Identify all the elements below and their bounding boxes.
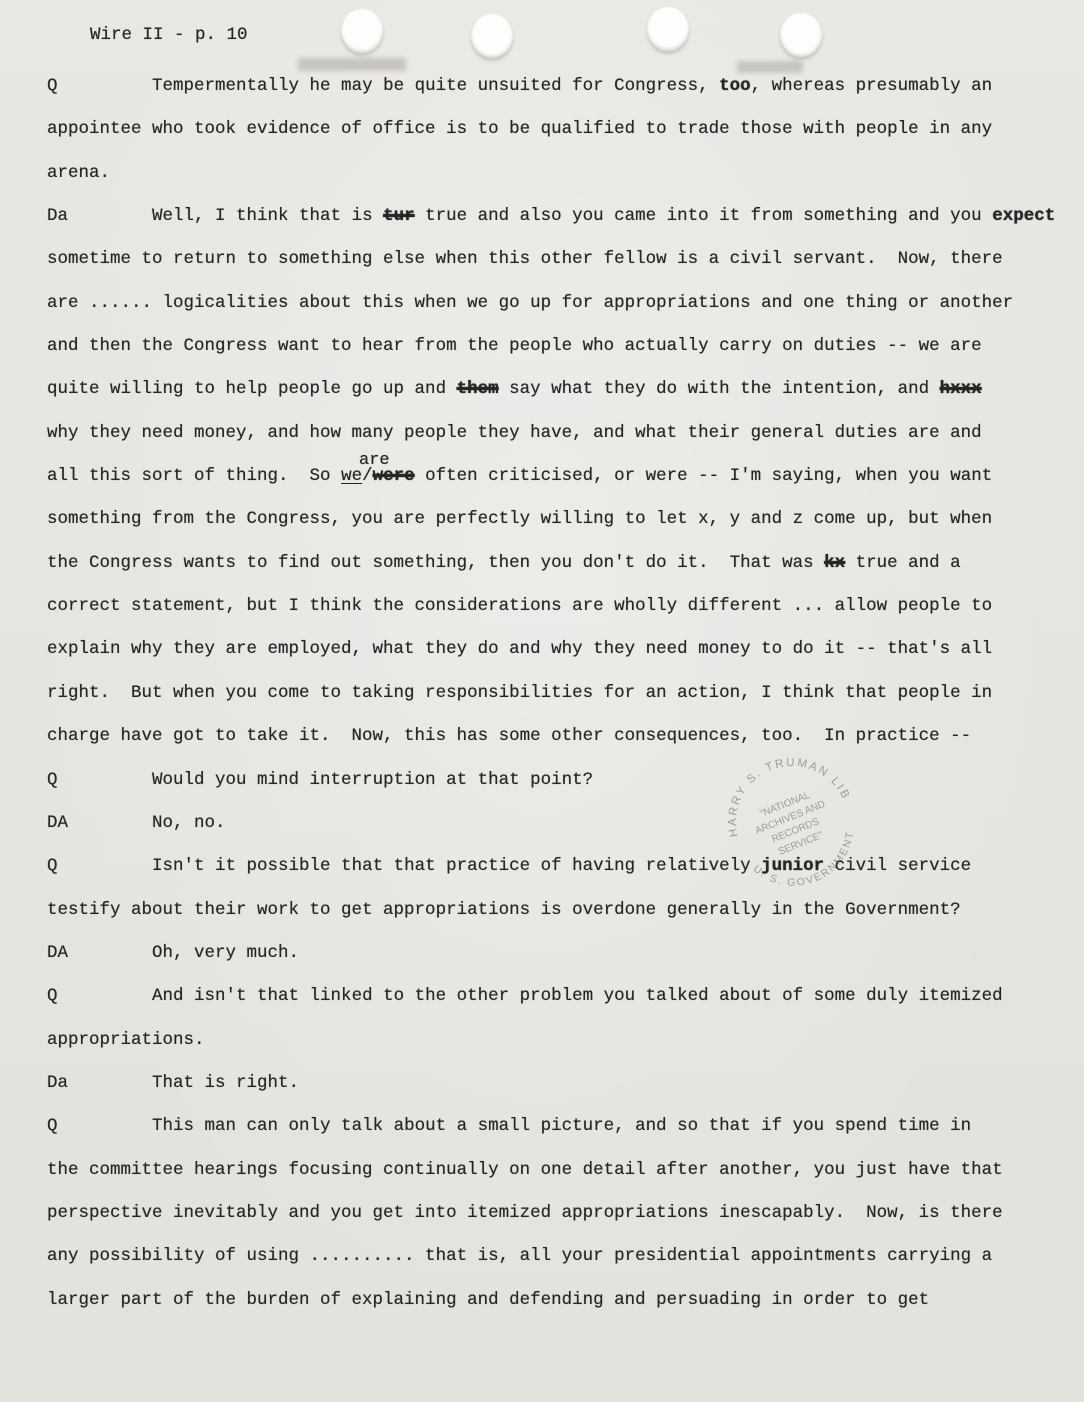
erased-text-smudge (737, 61, 803, 73)
document-line: areall this sort of thing. So we/were of… (47, 466, 1070, 509)
punch-hole (341, 9, 383, 53)
document-line: any possibility of using .......... that… (47, 1246, 1070, 1289)
text-segment: testify about their work to get appropri… (47, 900, 961, 920)
text-segment: larger part of the burden of explaining … (47, 1290, 929, 1310)
document-line: Q Would you mind interruption at that po… (47, 770, 1070, 813)
text-segment: them (457, 379, 499, 399)
document-line: perspective inevitably and you get into … (47, 1203, 1070, 1246)
text-segment: That is right. (152, 1073, 299, 1093)
document-line: arena. (47, 163, 1070, 206)
document-line: larger part of the burden of explaining … (47, 1290, 1070, 1333)
text-segment: say what they do with the intention, and (499, 379, 940, 399)
text-segment: Q (47, 76, 152, 96)
document-line: right. But when you come to taking respo… (47, 683, 1070, 726)
text-segment: Tempermentally he may be quite unsuited … (152, 76, 719, 96)
document-line: why they need money, and how many people… (47, 423, 1070, 466)
document-line: Da That is right. (47, 1073, 1070, 1116)
text-segment: any possibility of using .......... that… (47, 1246, 992, 1266)
erased-text-smudge (298, 58, 406, 71)
text-segment: all this sort of thing. So (47, 466, 341, 486)
text-segment: arena. (47, 163, 110, 183)
text-segment: true and also you came into it from some… (415, 206, 993, 226)
text-segment: the Congress wants to find out something… (47, 553, 824, 573)
document-line: Da Well, I think that is tur true and al… (47, 206, 1070, 249)
scanned-document-page: Wire II - p. 10 Q Tempermentally he may … (0, 0, 1084, 1402)
document-line: the committee hearings focusing continua… (47, 1160, 1070, 1203)
text-segment: explain why they are employed, what they… (47, 639, 992, 659)
text-segment: And isn't that linked to the other probl… (152, 986, 1003, 1006)
document-line: are ...... logicalities about this when … (47, 293, 1070, 336)
text-segment: tur (383, 206, 415, 226)
document-line: appointee who took evidence of office is… (47, 119, 1070, 162)
text-segment: Would you mind interruption at that poin… (152, 770, 593, 790)
document-line: sometime to return to something else whe… (47, 249, 1070, 292)
punch-hole (647, 7, 689, 51)
document-line: Q This man can only talk about a small p… (47, 1116, 1070, 1159)
text-segment: something from the Congress, you are per… (47, 509, 992, 529)
page-header: Wire II - p. 10 (90, 25, 248, 45)
text-segment: , whereas presumably an (751, 76, 993, 96)
document-line: quite willing to help people go up and t… (47, 379, 1070, 422)
document-lines: Q Tempermentally he may be quite unsuite… (47, 76, 1070, 1333)
document-line: DA Oh, very much. (47, 943, 1070, 986)
document-line: Q Isn't it possible that that practice o… (47, 856, 1070, 899)
text-segment: This man can only talk about a small pic… (152, 1116, 971, 1136)
document-line: Q And isn't that linked to the other pro… (47, 986, 1070, 1029)
text-segment: kx (824, 553, 845, 573)
text-segment: Q (47, 986, 152, 1006)
document-line: charge have got to take it. Now, this ha… (47, 726, 1070, 769)
text-segment: are ...... logicalities about this when … (47, 293, 1013, 313)
document-line: appropriations. (47, 1030, 1070, 1073)
document-line: testify about their work to get appropri… (47, 900, 1070, 943)
text-segment: sometime to return to something else whe… (47, 249, 1003, 269)
text-segment: Da (47, 1073, 152, 1093)
text-segment: right. But when you come to taking respo… (47, 683, 992, 703)
text-segment: quite willing to help people go up and (47, 379, 457, 399)
text-segment: Oh, very much. (152, 943, 299, 963)
text-segment: Well, I think that is (152, 206, 383, 226)
text-segment: too (719, 76, 751, 96)
text-segment: DA (47, 813, 152, 833)
text-segment: true and a (845, 553, 961, 573)
text-segment: DA (47, 943, 152, 963)
interlinear-insert: are (359, 451, 390, 470)
text-segment: expect (992, 206, 1055, 226)
text-segment: Isn't it possible that that practice of … (152, 856, 761, 876)
text-segment: the committee hearings focusing continua… (47, 1160, 1003, 1180)
text-segment: why they need money, and how many people… (47, 423, 982, 443)
text-segment: appointee who took evidence of office is… (47, 119, 992, 139)
punch-hole (780, 13, 822, 57)
text-segment: correct statement, but I think the consi… (47, 596, 992, 616)
document-line: the Congress wants to find out something… (47, 553, 1070, 596)
text-segment: perspective inevitably and you get into … (47, 1203, 1003, 1223)
text-segment: hxxx (940, 379, 982, 399)
text-segment: appropriations. (47, 1030, 205, 1050)
document-line: Q Tempermentally he may be quite unsuite… (47, 76, 1070, 119)
document-line: something from the Congress, you are per… (47, 509, 1070, 552)
text-segment: often criticised, or were -- I'm saying,… (415, 466, 993, 486)
document-line: explain why they are employed, what they… (47, 639, 1070, 682)
punch-hole (471, 14, 513, 58)
text-segment: Q (47, 856, 152, 876)
document-line: DA No, no. (47, 813, 1070, 856)
text-segment: Q (47, 770, 152, 790)
document-line: correct statement, but I think the consi… (47, 596, 1070, 639)
text-segment: Q (47, 1116, 152, 1136)
text-segment: and then the Congress want to hear from … (47, 336, 982, 356)
text-segment: No, no. (152, 813, 226, 833)
document-line: and then the Congress want to hear from … (47, 336, 1070, 379)
text-segment: Da (47, 206, 152, 226)
